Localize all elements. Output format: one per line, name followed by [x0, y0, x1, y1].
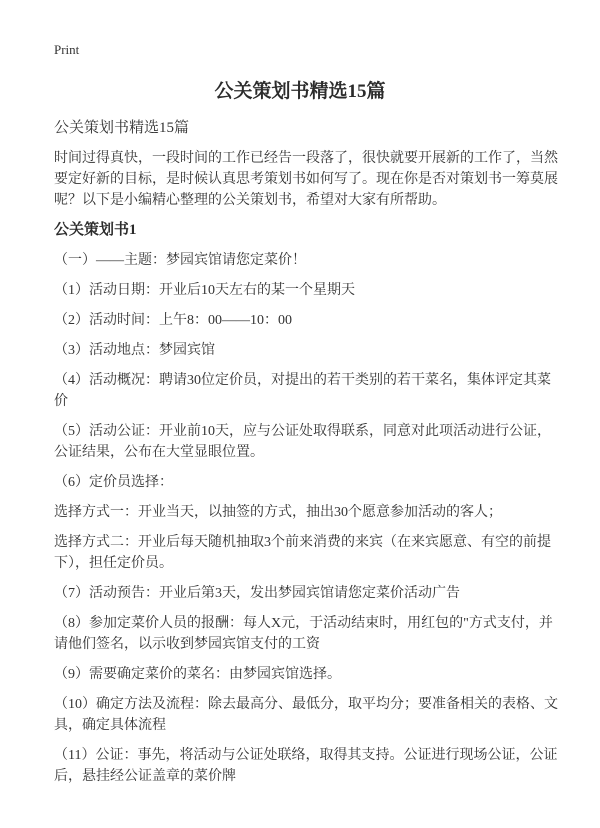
document-page: Print 公关策划书精选15篇 公关策划书精选15篇 时间过得真快，一段时间的…: [0, 0, 600, 828]
paragraph-item-7: （7）活动预告：开业后第3天，发出梦园宾馆请您定菜价活动广告: [54, 583, 570, 604]
paragraph-item-3: （3）活动地点：梦园宾馆: [54, 340, 570, 361]
paragraph-item-4: （4）活动概况：聘请30位定价员，对提出的若干类别的若干菜名，集体评定其菜 价: [54, 370, 570, 412]
paragraph-theme: （一）——主题：梦园宾馆请您定菜价！: [54, 250, 570, 271]
paragraph-option-1: 选择方式一：开业当天，以抽签的方式，抽出30个愿意参加活动的客人；: [54, 502, 570, 523]
section-heading: 公关策划书1: [54, 220, 570, 241]
print-link[interactable]: Print: [54, 42, 570, 58]
paragraph-item-11: （11）公证：事先，将活动与公证处联络，取得其支持。公证进行现场公证，公证 后，…: [54, 745, 570, 787]
paragraph-item-8: （8）参加定菜价人员的报酬：每人X元，于活动结束时，用红包的"方式支付，并 请他…: [54, 613, 570, 655]
paragraph-item-9: （9）需要确定菜价的菜名：由梦园宾馆选择。: [54, 664, 570, 685]
document-title: 公关策划书精选15篇: [0, 78, 600, 106]
document-subtitle: 公关策划书精选15篇: [54, 118, 570, 138]
paragraph-item-1: （1）活动日期：开业后10天左右的某一个星期天: [54, 280, 570, 301]
intro-paragraph: 时间过得真快，一段时间的工作已经告一段落了，很快就要开展新的工作了，当然 要定好…: [54, 148, 570, 211]
paragraph-item-5: （5）活动公证：开业前10天，应与公证处取得联系，同意对此项活动进行公证， 公证…: [54, 421, 570, 463]
paragraph-item-2: （2）活动时间：上午8：00——10：00: [54, 310, 570, 331]
paragraph-item-10: （10）确定方法及流程：除去最高分、最低分，取平均分；要准备相关的表格、文 具，…: [54, 694, 570, 736]
paragraph-option-2: 选择方式二：开业后每天随机抽取3个前来消费的来宾（在来宾愿意、有空的前提 下），…: [54, 532, 570, 574]
paragraph-item-6: （6）定价员选择：: [54, 472, 570, 493]
